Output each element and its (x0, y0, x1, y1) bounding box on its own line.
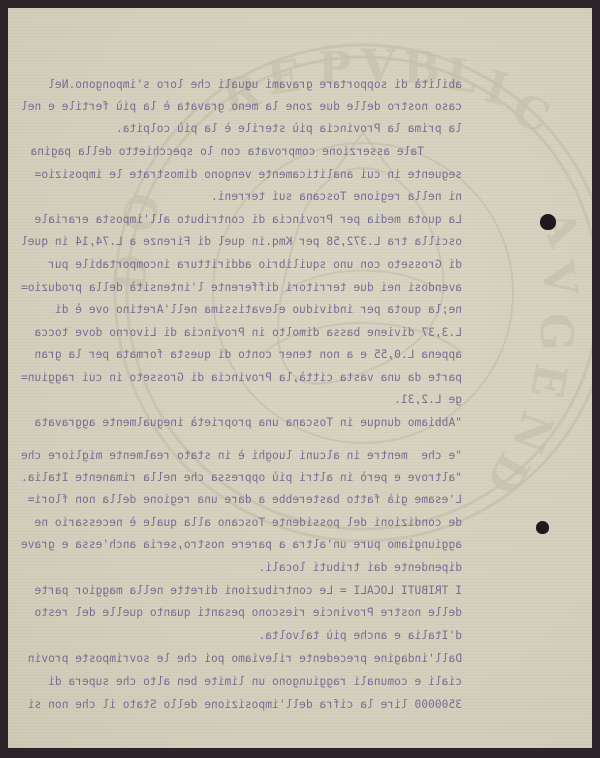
text-line: La quota media per Provincia di contribu… (35, 213, 462, 227)
text-line: caso nostro delle due zone la meno grava… (21, 100, 462, 114)
text-line: ge L.2,31. (394, 393, 462, 407)
text-line: delle nostre Provincie riescono pesanti … (35, 606, 462, 620)
text-line: 3500000 lire la cifra dell'imposizione d… (28, 698, 462, 712)
text-line: avendosi nei due territori differente l'… (21, 281, 462, 295)
text-line: L'esame già fatto basterebbe a dare una … (28, 493, 462, 507)
text-line: abilità di sopportare gravami uguali che… (48, 78, 462, 92)
text-line: appena L.0,55 e a non tener conto di que… (35, 348, 462, 362)
text-line: la prima la Provincia più sterile è la p… (116, 122, 462, 136)
text-line: parte da una vasta città,la Provincia di… (21, 371, 462, 385)
text-line: ne;la quota per individuo elevatissima n… (55, 303, 462, 317)
text-line: L.3,37 diviene bassa dimolto in Provinci… (35, 326, 462, 340)
text-line: aggiungiamo pure un'altra a parere nostr… (21, 538, 462, 552)
text-line: ni nella regione Toscana sui terreni. (211, 190, 462, 204)
text-line: Tale asserzione comprovata con lo specch… (30, 145, 424, 159)
text-line: de condizioni del possidente Toscano all… (35, 516, 462, 530)
text-line: d'Italia e anche più talvolta. (258, 629, 462, 643)
text-line: "Abbiamo dunque in Toscana una proprietà… (35, 416, 462, 430)
text-line: dipendente dai tributi locali. (258, 561, 462, 575)
text-line: "altrove e però in altri più oppressa ch… (21, 471, 462, 485)
mirrored-typewritten-text: abilità di sopportare gravami uguali che… (8, 8, 592, 748)
text-line: di Grosseto con uno squilibrio addirittu… (48, 258, 462, 272)
text-line: "e che mentre in alcuni luoghi è in stat… (21, 449, 462, 463)
text-line: I TRIBUTI LOCALI = Le contribuzioni dire… (35, 584, 462, 598)
text-line: oscilla tra L.372,58 per Kmq.in quel di … (21, 235, 462, 249)
text-line: ciali e comunali raggiungono un limite b… (48, 675, 462, 689)
text-line: Dall'indagine precedente rileviamo poi c… (28, 652, 462, 666)
text-line: seguente in cui analiticamente vengono d… (35, 168, 462, 182)
